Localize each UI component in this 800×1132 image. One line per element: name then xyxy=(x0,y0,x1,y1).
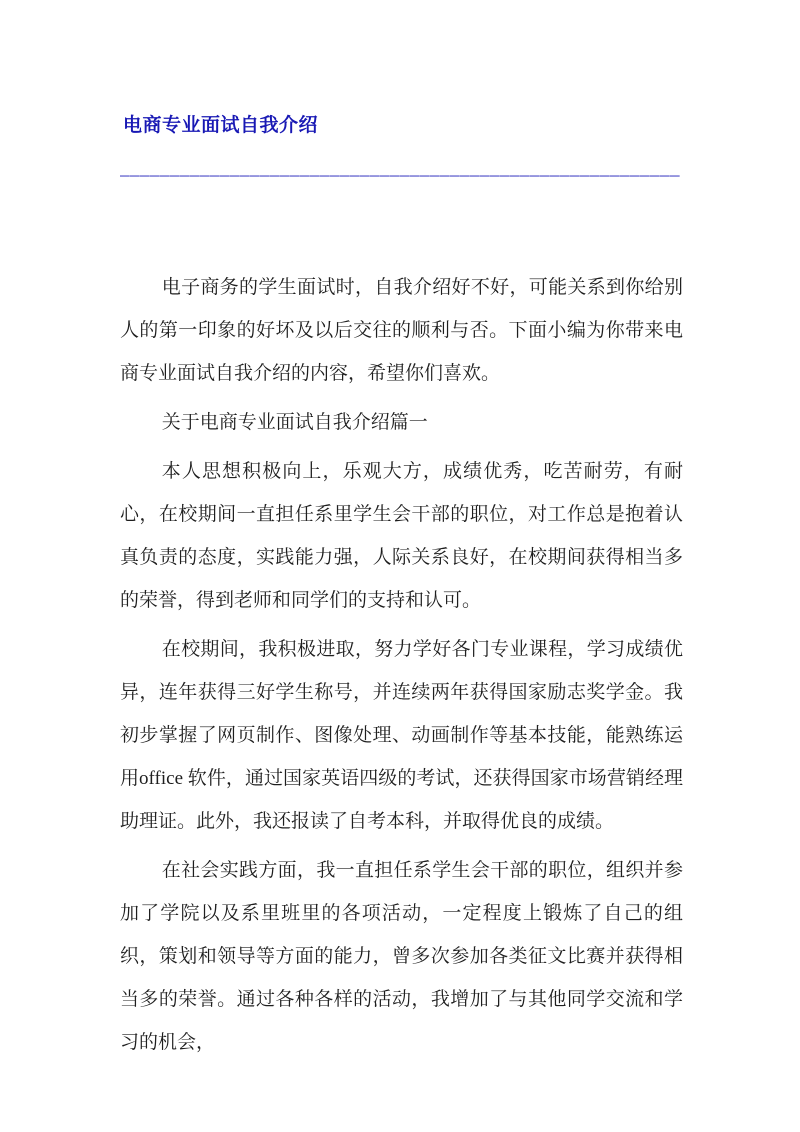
document-title: 电商专业面试自我介绍 xyxy=(123,112,683,140)
body-paragraph-1: 本人思想积极向上，乐观大方，成绩优秀，吃苦耐劳，有耐心，在校期间一直担任系里学生… xyxy=(120,450,683,622)
document-body: 电子商务的学生面试时，自我介绍好不好，可能关系到你给别人的第一印象的好坏及以后交… xyxy=(120,266,683,1064)
section-heading: 关于电商专业面试自我介绍篇一 xyxy=(120,401,683,444)
body-paragraph-3: 在社会实践方面，我一直担任系学生会干部的职位，组织并参加了学院以及系里班里的各项… xyxy=(120,849,683,1064)
title-divider: ________________________________________… xyxy=(120,154,683,184)
document-page: 电商专业面试自我介绍 _____________________________… xyxy=(0,0,800,1132)
body-paragraph-2: 在校期间，我积极进取，努力学好各门专业课程，学习成绩优异，连年获得三好学生称号，… xyxy=(120,628,683,843)
intro-paragraph: 电子商务的学生面试时，自我介绍好不好，可能关系到你给别人的第一印象的好坏及以后交… xyxy=(120,266,683,395)
